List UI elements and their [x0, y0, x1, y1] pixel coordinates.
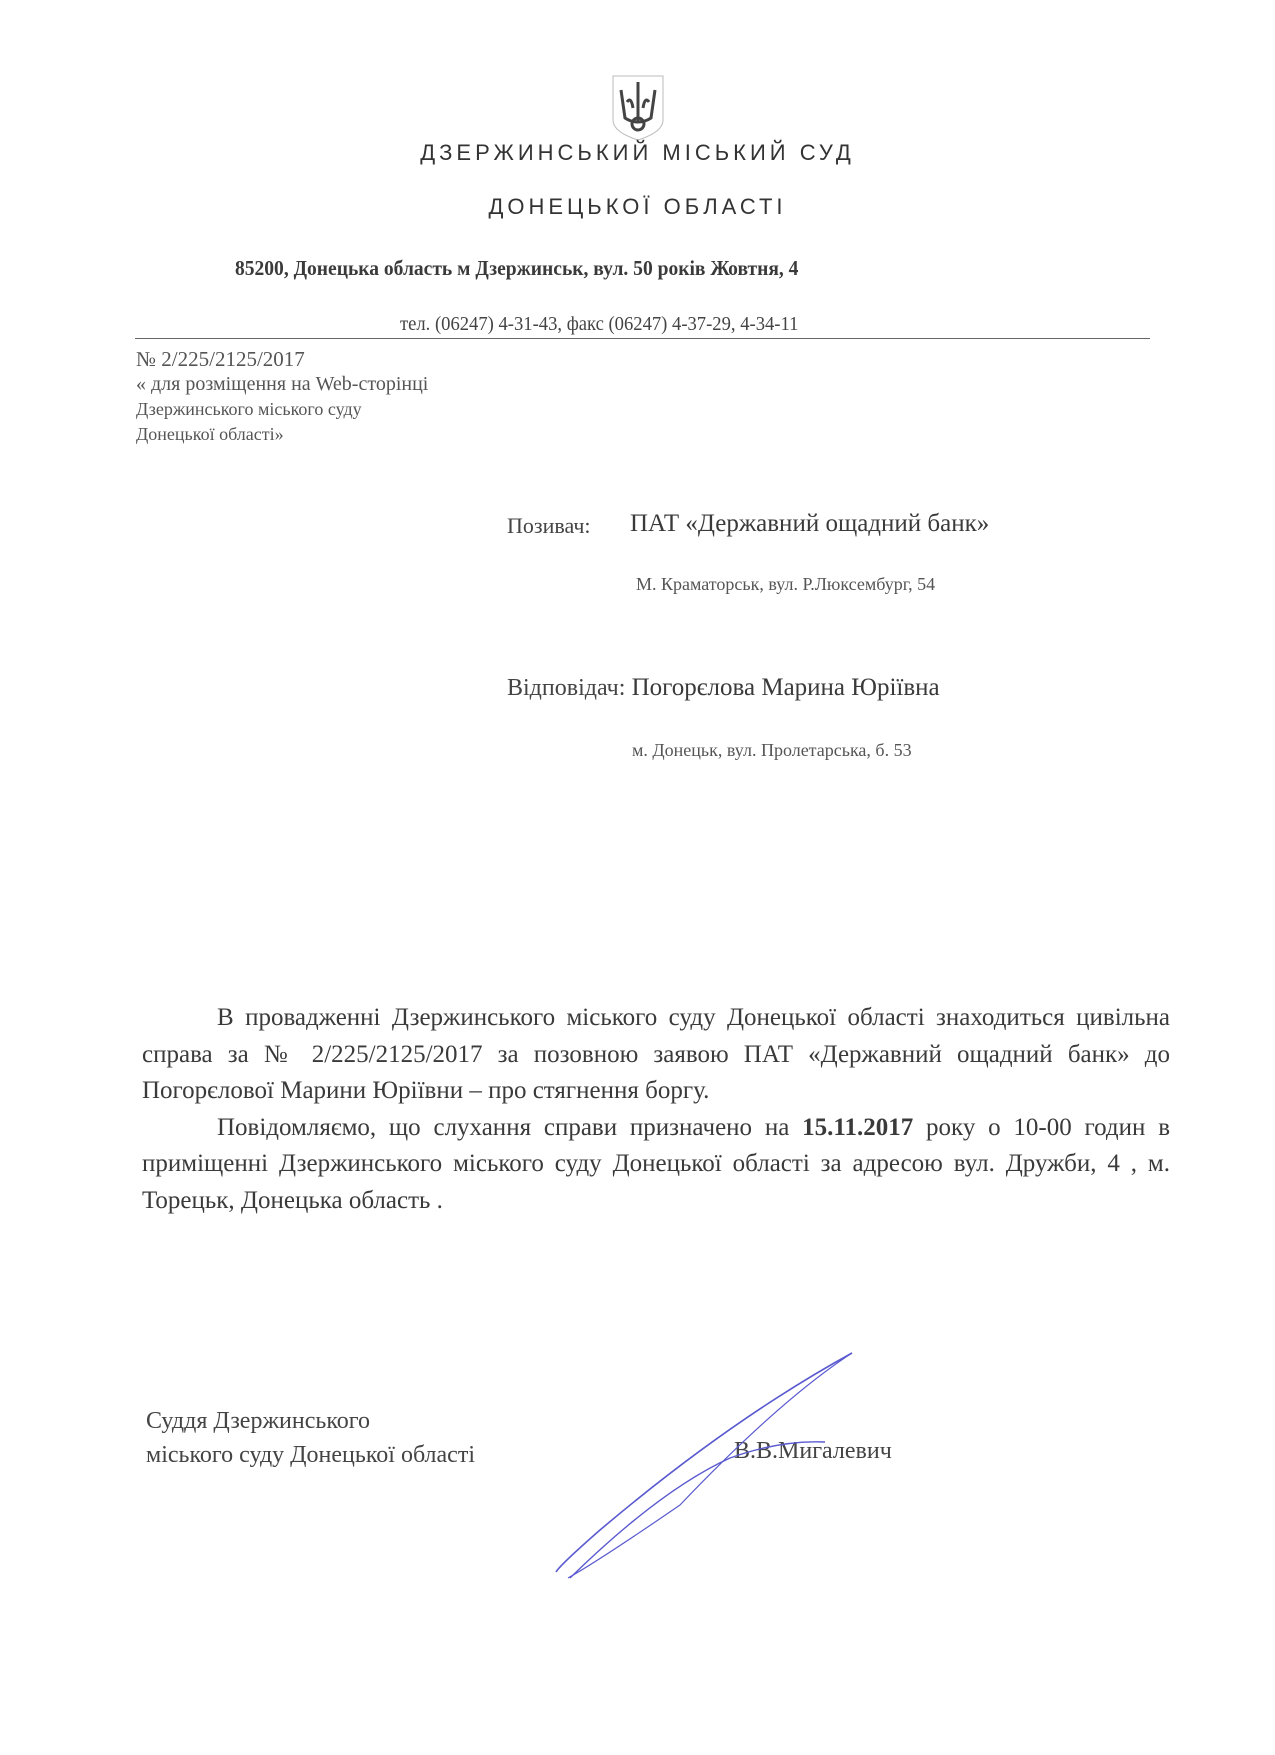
- hearing-date: 15.11.2017: [802, 1114, 913, 1141]
- judge-title-line2: міського суду Донецької області: [146, 1438, 475, 1472]
- plaintiff-name: ПАТ «Державний ощадний банк»: [630, 510, 989, 538]
- web-note-line2: Дзержинського міського суду: [136, 397, 428, 422]
- plaintiff-address: М. Краматорськ, вул. Р.Люксембург, 54: [636, 574, 935, 595]
- court-phone: тел. (06247) 4-31-43, факс (06247) 4-37-…: [400, 313, 798, 336]
- paragraph-case: В провадженні Дзержинського міського суд…: [142, 1000, 1170, 1110]
- defendant-name: Погорєлова Марина Юріївна: [632, 674, 940, 701]
- reference-block: № 2/225/2125/2017 « для розміщення на We…: [136, 347, 428, 447]
- case-number: № 2/225/2125/2017: [136, 347, 428, 372]
- court-address: 85200, Донецька область м Дзержинськ, ву…: [235, 256, 798, 281]
- web-note-line1: « для розміщення на Web-сторінці: [136, 372, 428, 397]
- web-note-line3: Донецької області»: [136, 422, 428, 447]
- judge-title: Суддя Дзержинського міського суду Донець…: [146, 1404, 475, 1472]
- plaintiff-label: Позивач:: [507, 513, 591, 539]
- defendant-address: м. Донецьк, вул. Пролетарська, б. 53: [632, 740, 912, 761]
- notice-body: В провадженні Дзержинського міського суд…: [142, 1000, 1170, 1219]
- coat-of-arms-icon: [607, 72, 669, 142]
- defendant-label: Відповідач:: [507, 675, 625, 701]
- judge-title-line1: Суддя Дзержинського: [146, 1404, 475, 1438]
- paragraph-hearing: Повідомляємо, що слухання справи признач…: [142, 1110, 1170, 1220]
- defendant-row: Відповідач: Погорєлова Марина Юріївна: [507, 674, 940, 702]
- court-name-line2: ДОНЕЦЬКОЇ ОБЛАСТІ: [0, 194, 1275, 220]
- hearing-text-before: Повідомляємо, що слухання справи признач…: [217, 1114, 802, 1141]
- signature-icon: [480, 1340, 880, 1580]
- court-name-line1: ДЗЕРЖИНСЬКИЙ МІСЬКИЙ СУД: [0, 140, 1275, 166]
- header-divider: [135, 338, 1150, 339]
